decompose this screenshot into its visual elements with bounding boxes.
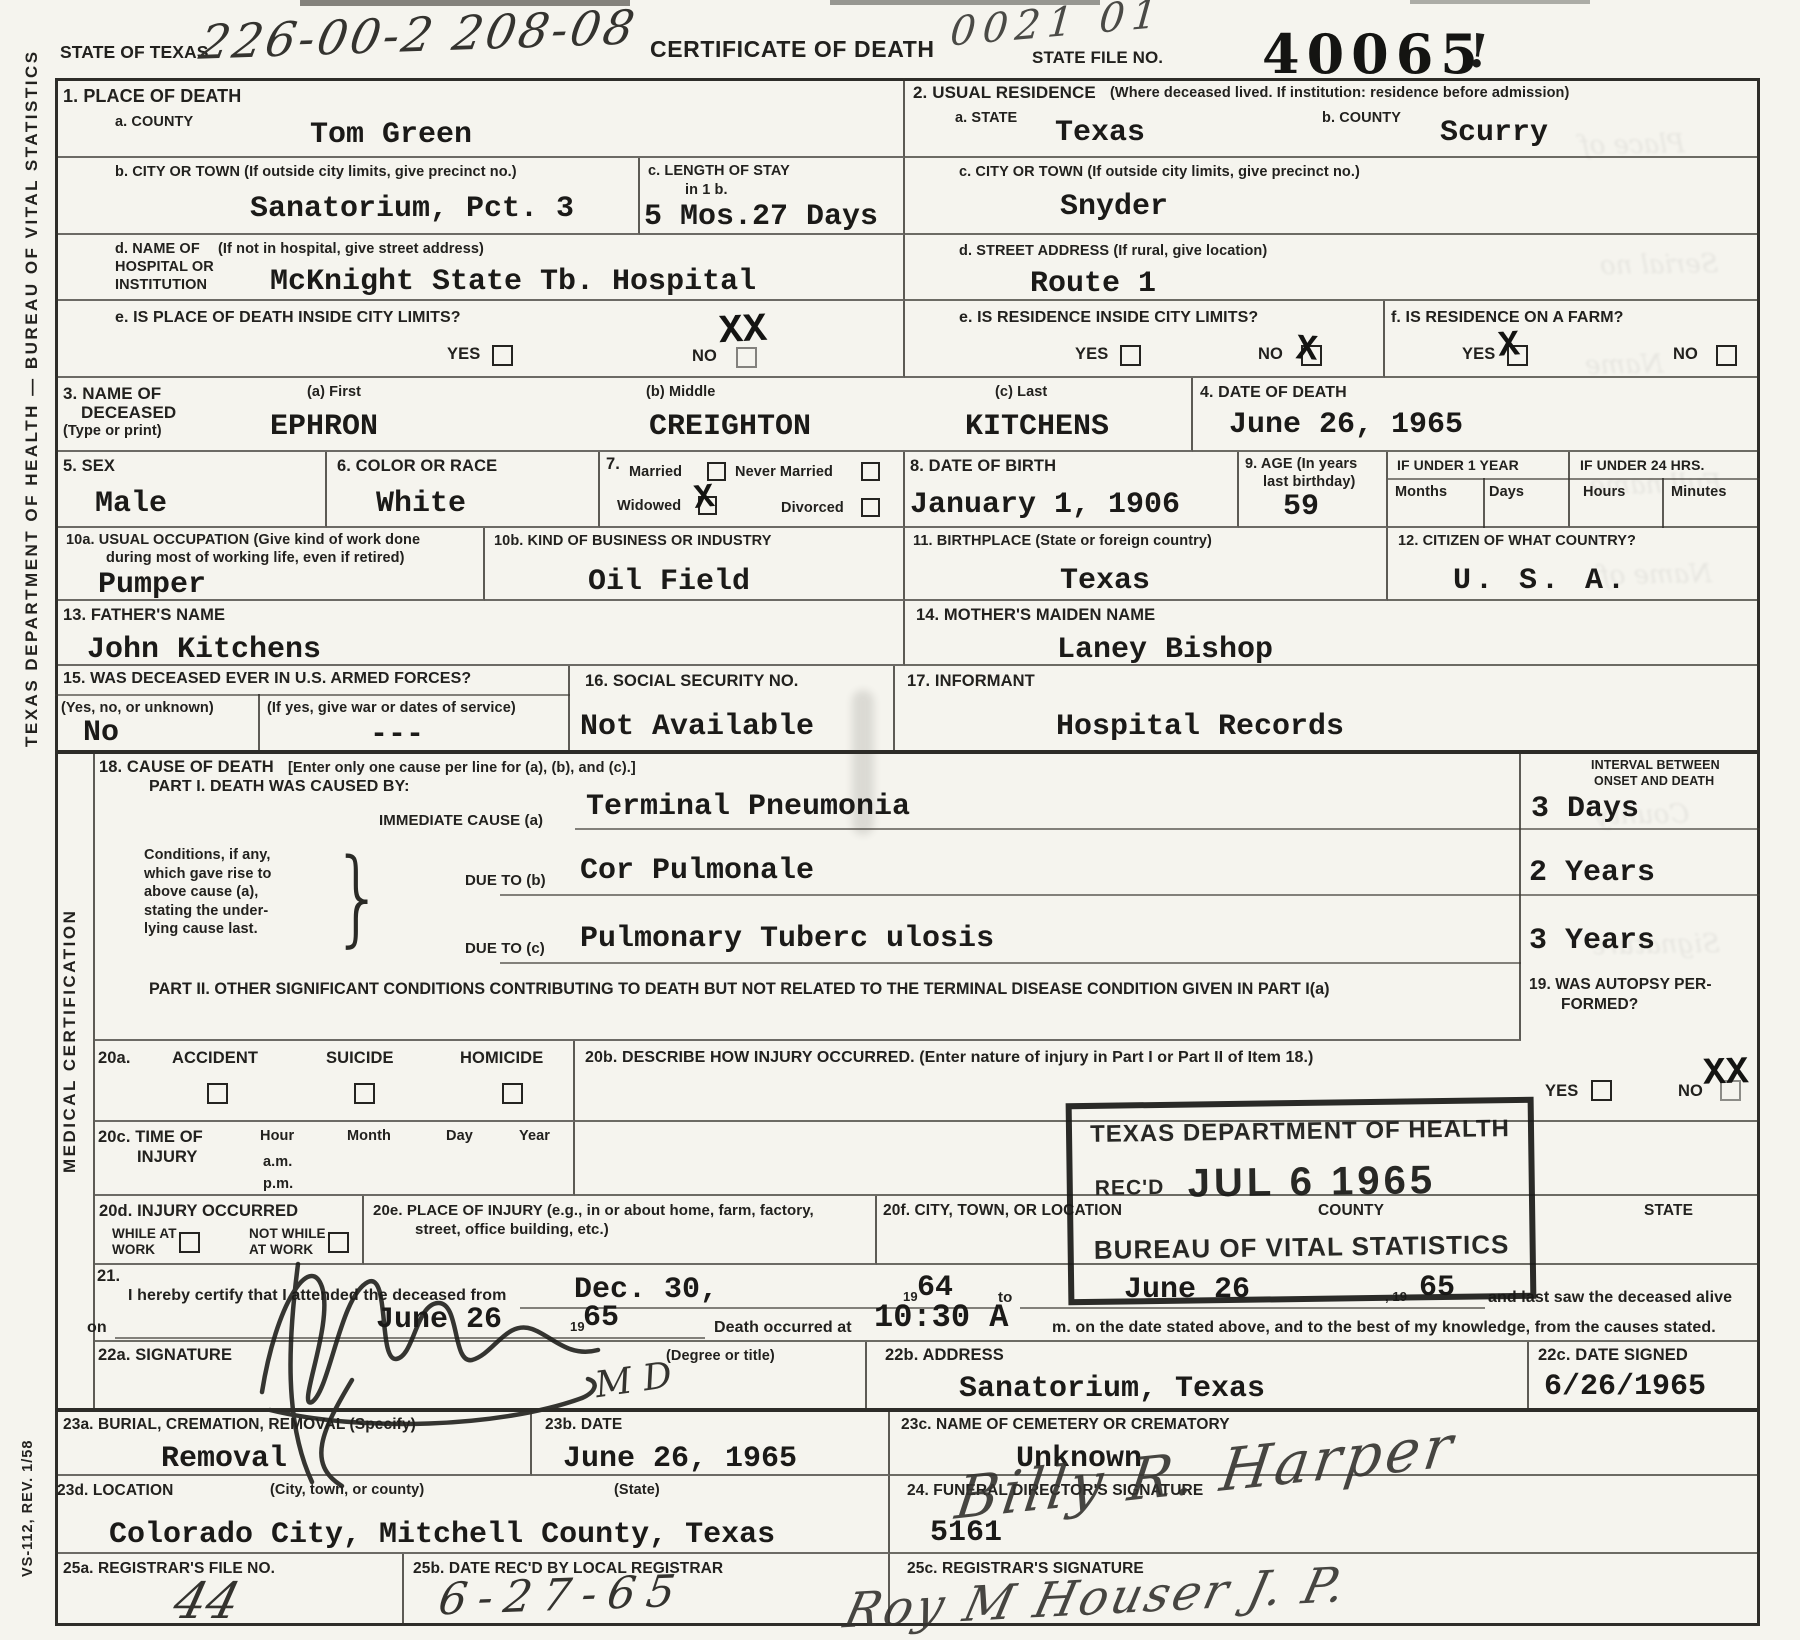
s21-death-occurred-label: Death occurred at bbox=[714, 1319, 852, 1337]
s1e-yes-label: YES bbox=[447, 345, 480, 364]
s16-value: Not Available bbox=[580, 710, 814, 744]
s25a-value: 44 bbox=[168, 1572, 246, 1630]
s20c-hour-label: Hour bbox=[260, 1128, 294, 1144]
s1b-label: b. CITY OR TOWN (If outside city limits,… bbox=[115, 164, 517, 180]
s14-label: 14. MOTHER'S MAIDEN NAME bbox=[916, 606, 1155, 625]
s20-accident-checkbox bbox=[207, 1083, 228, 1104]
s23b-value: June 26, 1965 bbox=[563, 1442, 797, 1476]
s7-widowed-mark: X bbox=[692, 479, 716, 519]
s2b-label: b. COUNTY bbox=[1322, 110, 1401, 126]
s20a-label: 20a. bbox=[98, 1049, 131, 1068]
length-of-stay-cell: c. LENGTH OF STAY in 1 b. 5 Mos.27 Days bbox=[640, 158, 905, 235]
s23d-sub1: (City, town, or county) bbox=[270, 1482, 424, 1498]
s6-label: 6. COLOR OR RACE bbox=[337, 457, 497, 476]
s9-under24-label: IF UNDER 24 HRS. bbox=[1580, 457, 1705, 473]
s1e-no-mark: XX bbox=[718, 308, 768, 355]
s18-dueb-label: DUE TO (b) bbox=[465, 872, 546, 889]
stamp-date: JUL 6 1965 bbox=[1187, 1158, 1436, 1206]
s3-title3: (Type or print) bbox=[63, 423, 162, 439]
s18-label-bracket: [Enter only one cause per line for (a), … bbox=[288, 760, 636, 776]
s2e-yes-checkbox bbox=[1120, 345, 1141, 366]
s20d-while-label1: WHILE AT bbox=[112, 1226, 177, 1241]
s3-middle-label: (b) Middle bbox=[646, 384, 715, 400]
s22b-value: Sanatorium, Texas bbox=[959, 1372, 1265, 1406]
autopsy-cell: 19. WAS AUTOPSY PER- FORMED? YES NO XX bbox=[1521, 970, 1760, 1122]
s19-label2: FORMED? bbox=[1561, 996, 1638, 1014]
hospital-name-cell: d. NAME OF (If not in hospital, give str… bbox=[55, 235, 905, 301]
s2f-yes-label: YES bbox=[1462, 345, 1495, 364]
s13-label: 13. FATHER'S NAME bbox=[63, 606, 225, 625]
s7-married-label: Married bbox=[629, 464, 682, 480]
s7-never-married-checkbox bbox=[861, 462, 880, 481]
s1d-label: d. NAME OF bbox=[115, 241, 200, 257]
s2e-no-mark: X bbox=[1295, 328, 1319, 370]
s10b-value: Oil Field bbox=[588, 565, 750, 599]
s2d-value: Route 1 bbox=[1030, 267, 1156, 301]
s1a-value: Tom Green bbox=[310, 118, 472, 152]
informant-cell: 17. INFORMANT Hospital Records bbox=[895, 666, 1760, 752]
s20e-label1: 20e. PLACE OF INJURY (e.g., in or about … bbox=[373, 1202, 814, 1219]
s5-label: 5. SEX bbox=[63, 457, 115, 476]
s9-value: 59 bbox=[1283, 490, 1319, 524]
form-code: VS-112, REV. 1/58 bbox=[20, 1388, 36, 1628]
note-line: which gave rise to bbox=[144, 866, 272, 882]
s23a-value: Removal bbox=[161, 1442, 287, 1476]
s10a-label1: 10a. USUAL OCCUPATION (Give kind of work… bbox=[66, 532, 420, 548]
burial-type-cell: 23a. BURIAL, CREMATION, REMOVAL (Specify… bbox=[55, 1412, 532, 1476]
s1c-label2: in 1 b. bbox=[685, 182, 728, 198]
s10a-value: Pumper bbox=[98, 568, 206, 602]
s20b-label: 20b. DESCRIBE HOW INJURY OCCURRED. (Ente… bbox=[585, 1049, 1313, 1067]
marital-status-cell: 7. Married Never Married Widowed X Divor… bbox=[600, 452, 905, 528]
social-security-cell: 16. SOCIAL SECURITY NO. Not Available bbox=[570, 666, 895, 752]
s18-brace: } bbox=[332, 836, 385, 958]
s1e-yes-checkbox bbox=[492, 345, 513, 366]
fathers-name-cell: 13. FATHER'S NAME John Kitchens bbox=[55, 601, 905, 666]
s2e-label: e. IS RESIDENCE INSIDE CITY LIMITS? bbox=[959, 309, 1258, 327]
physician-address-cell: 22b. ADDRESS Sanatorium, Texas bbox=[867, 1342, 1529, 1410]
s10b-label: 10b. KIND OF BUSINESS OR INDUSTRY bbox=[494, 533, 772, 549]
s2-title-paren: (Where deceased lived. If institution: r… bbox=[1110, 85, 1569, 101]
s1d-value: McKnight State Tb. Hospital bbox=[270, 265, 756, 299]
s2c-label: c. CITY OR TOWN (If outside city limits,… bbox=[959, 164, 1360, 180]
city-or-town-cell: b. CITY OR TOWN (If outside city limits,… bbox=[55, 158, 640, 235]
s19-no-mark: XX bbox=[1702, 1051, 1749, 1096]
s6-value: White bbox=[376, 487, 466, 521]
street-address-cell: d. STREET ADDRESS (If rural, give locati… bbox=[905, 235, 1760, 301]
s1a-label: a. COUNTY bbox=[115, 114, 193, 130]
place-of-death-county-cell: 1. PLACE OF DEATH a. COUNTY Tom Green bbox=[55, 78, 905, 158]
stamp-recd-label: REC'D bbox=[1095, 1176, 1165, 1201]
residence-city-cell: c. CITY OR TOWN (If outside city limits,… bbox=[905, 158, 1760, 235]
part2-cell: PART II. OTHER SIGNIFICANT CONDITIONS CO… bbox=[95, 970, 1521, 1041]
s9-label1: 9. AGE (In years bbox=[1245, 456, 1357, 472]
s20c-day-label: Day bbox=[446, 1128, 473, 1144]
s15-value1: No bbox=[83, 716, 119, 750]
s7-divorced-label: Divorced bbox=[781, 500, 844, 516]
note-line: stating the under- bbox=[144, 903, 268, 919]
s20c-am-label: a.m. bbox=[263, 1154, 292, 1170]
s3-last-label: (c) Last bbox=[995, 384, 1047, 400]
s3-title1: 3. NAME OF bbox=[63, 384, 161, 404]
s22c-value: 6/26/1965 bbox=[1544, 1370, 1706, 1404]
s12-label: 12. CITIZEN OF WHAT COUNTRY? bbox=[1398, 533, 1636, 549]
scan-smudge bbox=[1410, 0, 1590, 4]
s2a-label: a. STATE bbox=[955, 110, 1017, 126]
color-or-race-cell: 6. COLOR OR RACE White bbox=[327, 452, 600, 528]
s18-interval-label2: ONSET AND DEATH bbox=[1594, 774, 1714, 788]
s4-value: June 26, 1965 bbox=[1229, 408, 1463, 442]
s3-first-label: (a) First bbox=[307, 384, 361, 400]
s20d-while-checkbox bbox=[179, 1232, 200, 1253]
s20f-state-label: STATE bbox=[1644, 1202, 1693, 1220]
s2d-label: d. STREET ADDRESS (If rural, give locati… bbox=[959, 243, 1267, 259]
s18-part1-label: PART I. DEATH WAS CAUSED BY: bbox=[149, 778, 410, 796]
s19-yes-checkbox bbox=[1591, 1080, 1612, 1101]
s1c-label: c. LENGTH OF STAY bbox=[648, 163, 790, 179]
s20-homicide-label: HOMICIDE bbox=[460, 1049, 543, 1068]
burial-date-cell: 23b. DATE June 26, 1965 bbox=[532, 1412, 890, 1476]
s20d-label: 20d. INJURY OCCURRED bbox=[99, 1202, 298, 1221]
s18-duec-label: DUE TO (c) bbox=[465, 940, 545, 957]
industry-cell: 10b. KIND OF BUSINESS OR INDUSTRY Oil Fi… bbox=[485, 528, 905, 601]
s11-label: 11. BIRTHPLACE (State or foreign country… bbox=[913, 533, 1212, 549]
s22c-label: 22c. DATE SIGNED bbox=[1538, 1346, 1688, 1365]
s14-value: Laney Bishop bbox=[1057, 633, 1273, 667]
s18-immediate-interval: 3 Days bbox=[1531, 792, 1639, 826]
s9-hours-label: Hours bbox=[1583, 484, 1625, 500]
interval-column: INTERVAL BETWEEN ONSET AND DEATH 3 Days … bbox=[1521, 754, 1760, 970]
s3-title2: DECEASED bbox=[81, 403, 176, 423]
s22-degree-label: (Degree or title) bbox=[666, 1348, 775, 1364]
handwritten-registration-code: 226-00-2 208-08 bbox=[195, 0, 641, 71]
s13-value: John Kitchens bbox=[87, 633, 321, 667]
s18-conditions-note: Conditions, if any, which gave rise to a… bbox=[144, 846, 272, 939]
time-of-injury-cell: 20c. TIME OF INJURY Hour a.m. p.m. Month… bbox=[95, 1122, 575, 1196]
s17-value: Hospital Records bbox=[1056, 710, 1344, 744]
state-file-no-label: STATE FILE NO. bbox=[1032, 48, 1163, 68]
s23b-label: 23b. DATE bbox=[545, 1416, 622, 1434]
s9-days-label: Days bbox=[1489, 484, 1524, 500]
s20-accident-label: ACCIDENT bbox=[172, 1049, 258, 1068]
s15-value2: --- bbox=[370, 718, 424, 752]
s9-minutes-label: Minutes bbox=[1671, 484, 1726, 500]
if-under-24-hrs-cell: IF UNDER 24 HRS. Hours Minutes bbox=[1570, 452, 1760, 528]
note-line: lying cause last. bbox=[144, 921, 258, 937]
s9-months-label: Months bbox=[1395, 484, 1447, 500]
s20c-label2: INJURY bbox=[137, 1148, 198, 1167]
s10a-label2: during most of working life, even if ret… bbox=[106, 550, 405, 566]
s4-label: 4. DATE OF DEATH bbox=[1200, 384, 1347, 402]
s19-no-label: NO bbox=[1678, 1082, 1703, 1101]
s18-duec-interval: 3 Years bbox=[1529, 924, 1655, 958]
s5-value: Male bbox=[95, 487, 167, 521]
s18-interval-label1: INTERVAL BETWEEN bbox=[1591, 758, 1720, 772]
s21-on-word: on bbox=[87, 1319, 107, 1337]
s18-dueb-value: Cor Pulmonale bbox=[580, 854, 814, 888]
s15-label: 15. WAS DECEASED EVER IN U.S. ARMED FORC… bbox=[63, 670, 471, 688]
cause-of-death-cell: 18. CAUSE OF DEATH [Enter only one cause… bbox=[95, 754, 1521, 970]
s18-duec-value: Pulmonary Tuberc ulosis bbox=[580, 922, 994, 956]
if-under-1-year-cell: IF UNDER 1 YEAR Months Days bbox=[1388, 452, 1570, 528]
s20-suicide-label: SUICIDE bbox=[326, 1049, 394, 1068]
s20c-year-label: Year bbox=[519, 1128, 550, 1144]
usual-residence-cell: 2. USUAL RESIDENCE (Where deceased lived… bbox=[905, 78, 1760, 158]
s17-label: 17. INFORMANT bbox=[907, 672, 1035, 691]
s2f-no-checkbox bbox=[1716, 345, 1737, 366]
age-cell: 9. AGE (In years last birthday) 59 bbox=[1239, 452, 1388, 528]
burial-location-cell: 23d. LOCATION (City, town, or county) (S… bbox=[55, 1476, 890, 1554]
date-signed-cell: 22c. DATE SIGNED 6/26/1965 bbox=[1529, 1342, 1760, 1410]
s22b-label: 22b. ADDRESS bbox=[885, 1346, 1004, 1365]
s1b-value: Sanatorium, Pct. 3 bbox=[250, 192, 574, 226]
s8-label: 8. DATE OF BIRTH bbox=[910, 457, 1056, 476]
s20c-label1: 20c. TIME OF bbox=[98, 1128, 203, 1147]
mothers-maiden-name-cell: 14. MOTHER'S MAIDEN NAME Laney Bishop bbox=[905, 601, 1760, 666]
stamp-line1: TEXAS DEPARTMENT OF HEALTH bbox=[1072, 1115, 1528, 1149]
armed-forces-cell: 15. WAS DECEASED EVER IN U.S. ARMED FORC… bbox=[55, 666, 570, 752]
s11-value: Texas bbox=[1060, 564, 1150, 598]
left-margin-agency-text: TEXAS DEPARTMENT OF HEALTH — BUREAU OF V… bbox=[22, 92, 42, 747]
s7-divorced-checkbox bbox=[861, 498, 880, 517]
date-of-birth-cell: 8. DATE OF BIRTH January 1, 1906 bbox=[905, 452, 1239, 528]
s9-label2: last birthday) bbox=[1263, 474, 1355, 490]
s20c-month-label: Month bbox=[347, 1128, 391, 1144]
s15-sub1: (Yes, no, or unknown) bbox=[61, 700, 214, 716]
s3-last-value: KITCHENS bbox=[965, 410, 1109, 444]
death-certificate-scan: Place of Serial no Name Full name Name o… bbox=[0, 0, 1800, 1640]
s9-under1-label: IF UNDER 1 YEAR bbox=[1397, 457, 1519, 473]
s7-label: 7. bbox=[606, 455, 620, 474]
name-of-deceased-cell: 3. NAME OF DECEASED (Type or print) (a) … bbox=[55, 378, 1193, 452]
s18-dueb-interval: 2 Years bbox=[1529, 856, 1655, 890]
birthplace-cell: 11. BIRTHPLACE (State or foreign country… bbox=[905, 528, 1388, 601]
s16-label: 16. SOCIAL SECURITY NO. bbox=[585, 672, 799, 691]
s12-value: U. S. A. bbox=[1453, 564, 1629, 598]
s18-part2-label: PART II. OTHER SIGNIFICANT CONDITIONS CO… bbox=[149, 980, 1330, 999]
s21-label: 21. bbox=[97, 1267, 120, 1286]
s2c-value: Snyder bbox=[1060, 190, 1168, 224]
citizenship-cell: 12. CITIZEN OF WHAT COUNTRY? U. S. A. bbox=[1388, 528, 1760, 601]
residence-farm-cell: f. IS RESIDENCE ON A FARM? YES X NO bbox=[1385, 301, 1760, 378]
s2e-no-label: NO bbox=[1258, 345, 1283, 364]
s20-suicide-checkbox bbox=[354, 1083, 375, 1104]
s15-sub2: (If yes, give war or dates of service) bbox=[267, 700, 516, 716]
s23c-label: 23c. NAME OF CEMETERY OR CREMATORY bbox=[901, 1416, 1230, 1434]
residence-city-limits-cell: e. IS RESIDENCE INSIDE CITY LIMITS? YES … bbox=[905, 301, 1385, 378]
stamp-line3: BUREAU OF VITAL STATISTICS bbox=[1073, 1229, 1529, 1266]
s23d-sub2: (State) bbox=[614, 1482, 660, 1498]
s23a-label: 23a. BURIAL, CREMATION, REMOVAL (Specify… bbox=[63, 1416, 416, 1434]
s23d-label: 23d. LOCATION bbox=[57, 1482, 173, 1500]
s2f-yes-mark: X bbox=[1497, 324, 1521, 366]
s7-widowed-label: Widowed bbox=[617, 498, 681, 514]
s3-middle-value: CREIGHTON bbox=[649, 410, 811, 444]
state-of-texas-label: STATE OF TEXAS bbox=[60, 42, 209, 63]
note-line: above cause (a), bbox=[144, 884, 258, 900]
s23d-value: Colorado City, Mitchell County, Texas bbox=[109, 1518, 775, 1552]
received-stamp: TEXAS DEPARTMENT OF HEALTH REC'D JUL 6 1… bbox=[1066, 1097, 1537, 1306]
s1e-label: e. IS PLACE OF DEATH INSIDE CITY LIMITS? bbox=[115, 309, 461, 327]
s21-time-value: 10:30 A bbox=[874, 1299, 1008, 1336]
s2a-value: Texas bbox=[1055, 116, 1145, 150]
s25b-value: 6-27-65 bbox=[435, 1566, 689, 1626]
certificate-title: CERTIFICATE OF DEATH bbox=[650, 36, 935, 63]
s7-married-checkbox bbox=[707, 462, 726, 481]
registrar-file-no-cell: 25a. REGISTRAR'S FILE NO. 44 bbox=[55, 1554, 404, 1626]
s19-label1: 19. WAS AUTOPSY PER- bbox=[1529, 976, 1712, 994]
s1e-no-label: NO bbox=[692, 347, 717, 366]
state-file-number: 40065 bbox=[1262, 22, 1485, 86]
s18-label: 18. CAUSE OF DEATH bbox=[99, 758, 274, 777]
date-of-death-cell: 4. DATE OF DEATH June 26, 1965 bbox=[1193, 378, 1760, 452]
s20d-while-label2: WORK bbox=[112, 1242, 155, 1257]
s2f-no-label: NO bbox=[1673, 345, 1698, 364]
s18-immediate-label: IMMEDIATE CAUSE (a) bbox=[379, 812, 543, 829]
s1d-label3: INSTITUTION bbox=[115, 277, 207, 293]
blank-cell bbox=[1521, 1122, 1760, 1196]
s1-title: 1. PLACE OF DEATH bbox=[63, 86, 241, 107]
occupation-cell: 10a. USUAL OCCUPATION (Give kind of work… bbox=[55, 528, 485, 601]
s7-never-married-label: Never Married bbox=[735, 464, 833, 480]
s2-title: 2. USUAL RESIDENCE bbox=[913, 83, 1096, 103]
date-recd-registrar-cell: 25b. DATE REC'D BY LOCAL REGISTRAR 6-27-… bbox=[404, 1554, 890, 1626]
s21-tail2: m. on the date stated above, and to the … bbox=[1052, 1319, 1716, 1337]
sex-cell: 5. SEX Male bbox=[55, 452, 327, 528]
accident-suicide-homicide-cell: 20a. ACCIDENT SUICIDE HOMICIDE bbox=[95, 1041, 575, 1122]
s1d-paren: (If not in hospital, give street address… bbox=[218, 241, 484, 257]
s20-homicide-checkbox bbox=[502, 1083, 523, 1104]
s19-yes-label: YES bbox=[1545, 1082, 1578, 1101]
s20c-pm-label: p.m. bbox=[263, 1176, 293, 1192]
s3-first-value: EPHRON bbox=[270, 410, 378, 444]
death-city-limits-cell: e. IS PLACE OF DEATH INSIDE CITY LIMITS?… bbox=[55, 301, 905, 378]
s1c-value: 5 Mos.27 Days bbox=[644, 200, 878, 234]
s2b-value: Scurry bbox=[1440, 116, 1548, 150]
note-line: Conditions, if any, bbox=[144, 847, 271, 863]
s8-value: January 1, 1906 bbox=[910, 488, 1180, 522]
s2e-yes-label: YES bbox=[1075, 345, 1108, 364]
s18-immediate-value: Terminal Pneumonia bbox=[586, 790, 910, 824]
s1d-label2: HOSPITAL OR bbox=[115, 259, 214, 275]
